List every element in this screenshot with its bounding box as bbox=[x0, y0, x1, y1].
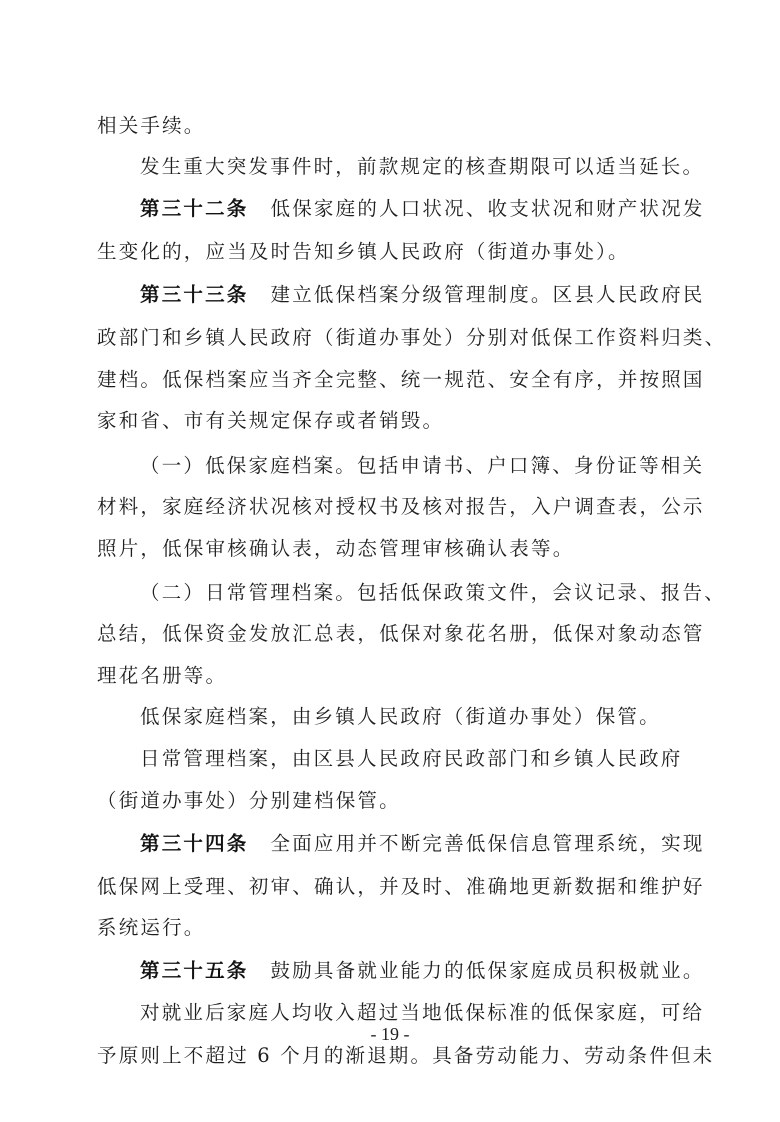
text-line: 建档。低保档案应当齐全完整、统一规范、安全有序，并按照国 bbox=[97, 367, 705, 393]
article-heading: 第三十二条 bbox=[140, 197, 249, 220]
article-heading: 第三十三条 bbox=[140, 283, 249, 306]
article-34-line: 第三十四条全面应用并不断完善低保信息管理系统，实现 bbox=[140, 831, 705, 857]
article-text: 全面应用并不断完善低保信息管理系统，实现 bbox=[271, 832, 705, 855]
text-line: 总结，低保资金发放汇总表，低保对象花名册，低保对象动态管 bbox=[97, 621, 705, 647]
text-line: 家和省、市有关规定保存或者销毁。 bbox=[97, 408, 444, 434]
text-line: 低保网上受理、初审、确认，并及时、准确地更新数据和维护好 bbox=[97, 874, 705, 900]
text-line: 生变化的，应当及时告知乡镇人民政府（街道办事处）。 bbox=[97, 239, 630, 265]
article-text: 低保家庭的人口状况、收支状况和财产状况发 bbox=[271, 197, 705, 220]
text-line: 系统运行。 bbox=[97, 915, 206, 941]
text-line: 照片，低保审核确认表，动态管理审核确认表等。 bbox=[97, 536, 574, 562]
article-32-line: 第三十二条低保家庭的人口状况、收支状况和财产状况发 bbox=[140, 196, 705, 222]
article-text: 鼓励具备就业能力的低保家庭成员积极就业。 bbox=[271, 959, 705, 982]
text-line: 材料，家庭经济状况核对授权书及核对报告，入户调查表，公示 bbox=[97, 494, 705, 520]
page-number: - 19 - bbox=[0, 1024, 780, 1045]
article-heading: 第三十四条 bbox=[140, 832, 249, 855]
text-line: （街道办事处）分别建档保管。 bbox=[97, 788, 401, 814]
text-line: 政部门和乡镇人民政府（街道办事处）分别对低保工作资料归类、 bbox=[97, 325, 726, 351]
text-line: 理花名册等。 bbox=[97, 663, 227, 689]
text-line: 发生重大突发事件时，前款规定的核查期限可以适当延长。 bbox=[140, 154, 704, 180]
text-line: 低保家庭档案，由乡镇人民政府（街道办事处）保管。 bbox=[140, 704, 661, 730]
text-line: （二）日常管理档案。包括低保政策文件，会议记录、报告、 bbox=[140, 580, 726, 606]
article-33-line: 第三十三条建立低保档案分级管理制度。区县人民政府民 bbox=[140, 282, 705, 308]
text-line: 予原则上不超过 6 个月的渐退期。具备劳动能力、劳动条件但未 bbox=[97, 1043, 714, 1069]
text-line: （一）低保家庭档案。包括申请书、户口簿、身份证等相关 bbox=[140, 453, 704, 479]
article-text: 建立低保档案分级管理制度。区县人民政府民 bbox=[271, 283, 705, 306]
text-line: 对就业后家庭人均收入超过当地低保标准的低保家庭，可给 bbox=[140, 1000, 704, 1026]
text-line: 日常管理档案，由区县人民政府民政部门和乡镇人民政府 bbox=[140, 746, 683, 772]
text-line: 相关手续。 bbox=[97, 113, 206, 139]
article-35-line: 第三十五条鼓励具备就业能力的低保家庭成员积极就业。 bbox=[140, 958, 705, 984]
article-heading: 第三十五条 bbox=[140, 959, 249, 982]
